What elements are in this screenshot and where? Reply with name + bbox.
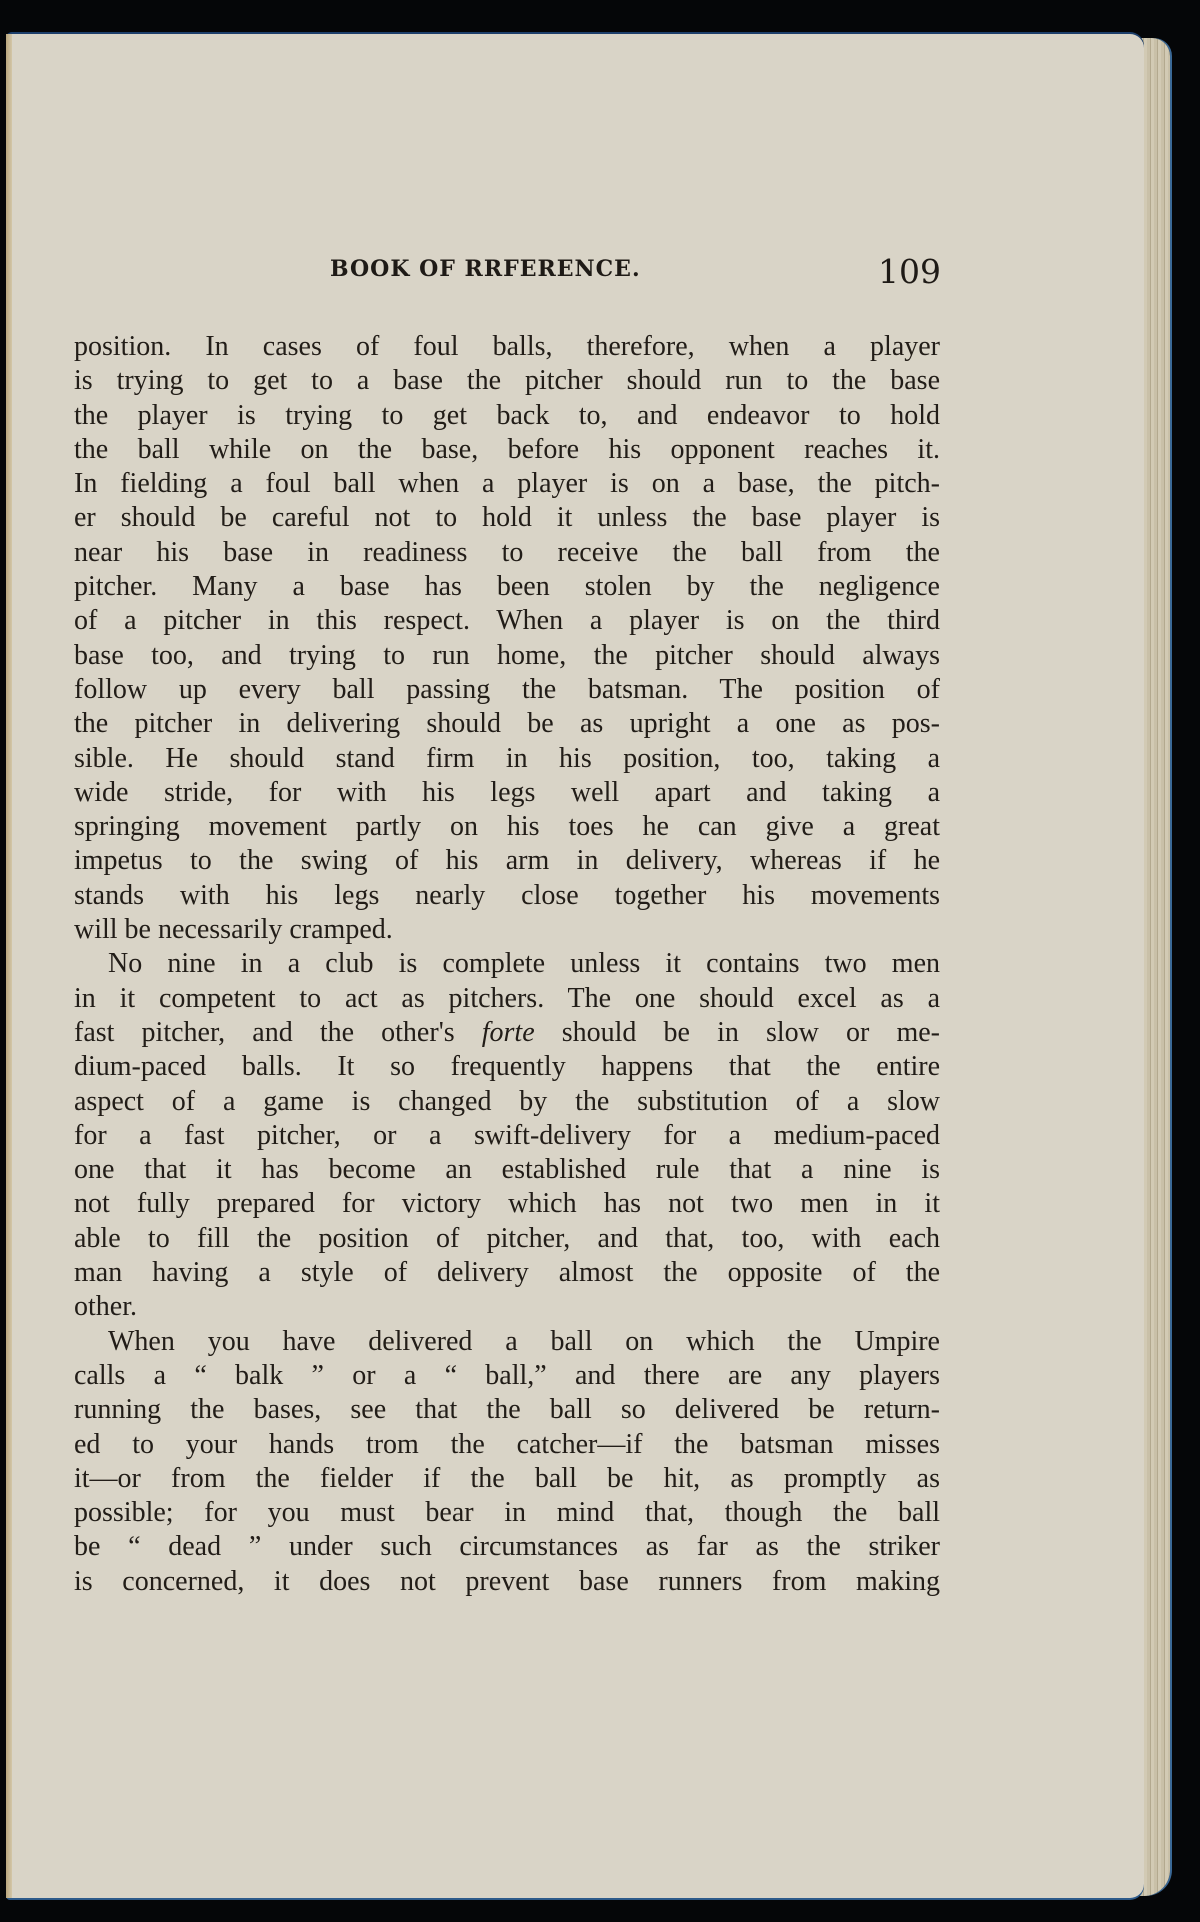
text-line: is concerned, it does not prevent base r… <box>74 1565 940 1599</box>
text-line: the ball while on the base, before his o… <box>74 433 940 467</box>
gutter-fold <box>6 34 12 1898</box>
text-line: other. <box>74 1290 940 1324</box>
page-number: 109 <box>878 252 941 291</box>
text-line: stands with his legs nearly close togeth… <box>74 879 940 913</box>
text-line: base too, and trying to run home, the pi… <box>74 639 940 673</box>
text-line: ed to your hands trom the catcher—if the… <box>74 1428 940 1462</box>
text-line: near his base in readiness to receive th… <box>74 536 940 570</box>
text-line: of a pitcher in this respect. When a pla… <box>74 604 940 638</box>
text-line: running the bases, see that the ball so … <box>74 1393 940 1427</box>
text-line: be “ dead ” under such circumstances as … <box>74 1530 940 1564</box>
text-line: one that it has become an established ru… <box>74 1153 940 1187</box>
text-line: er should be careful not to hold it unle… <box>74 501 940 535</box>
text-line: pitcher. Many a base has been stolen by … <box>74 570 940 604</box>
text-line: No nine in a club is complete unless it … <box>74 947 940 981</box>
text-line: aspect of a game is changed by the subst… <box>74 1085 940 1119</box>
text-line: it—or from the fielder if the ball be hi… <box>74 1462 940 1496</box>
text-line: In fielding a foul ball when a player is… <box>74 467 940 501</box>
text-line: When you have delivered a ball on which … <box>74 1325 940 1359</box>
text-line: sible. He should stand firm in his posit… <box>74 742 940 776</box>
text-line: possible; for you must bear in mind that… <box>74 1496 940 1530</box>
page-edge-stack <box>1140 38 1170 1896</box>
text-line: wide stride, for with his legs well apar… <box>74 776 940 810</box>
text-line: not fully prepared for victory which has… <box>74 1187 940 1221</box>
text-line: follow up every ball passing the batsman… <box>74 673 940 707</box>
body-text: position. In cases of foul balls, theref… <box>74 330 940 1599</box>
text-line: position. In cases of foul balls, theref… <box>74 330 940 364</box>
text-line: the pitcher in delivering should be as u… <box>74 707 940 741</box>
text-line: impetus to the swing of his arm in deliv… <box>74 844 940 878</box>
italic-word: forte <box>482 1017 535 1048</box>
text-line: will be necessarily cramped. <box>74 913 940 947</box>
text-line: able to fill the position of pitcher, an… <box>74 1222 940 1256</box>
text-line: calls a “ balk ” or a “ ball,” and there… <box>74 1359 940 1393</box>
running-head: BOOK OF RRFERENCE. <box>330 256 641 282</box>
text-line: dium-paced balls. It so frequently happe… <box>74 1050 940 1084</box>
text-segment: fast pitcher, and the other's <box>74 1017 482 1048</box>
text-line: for a fast pitcher, or a swift-delivery … <box>74 1119 940 1153</box>
text-line: springing movement partly on his toes he… <box>74 810 940 844</box>
text-line: in it competent to act as pitchers. The … <box>74 982 940 1016</box>
text-line: is trying to get to a base the pitcher s… <box>74 364 940 398</box>
text-segment: should be in slow or me- <box>535 1017 940 1048</box>
text-line: man having a style of delivery almost th… <box>74 1256 940 1290</box>
text-line: the player is trying to get back to, and… <box>74 399 940 433</box>
text-line-with-italic: fast pitcher, and the other's forte shou… <box>74 1016 940 1050</box>
